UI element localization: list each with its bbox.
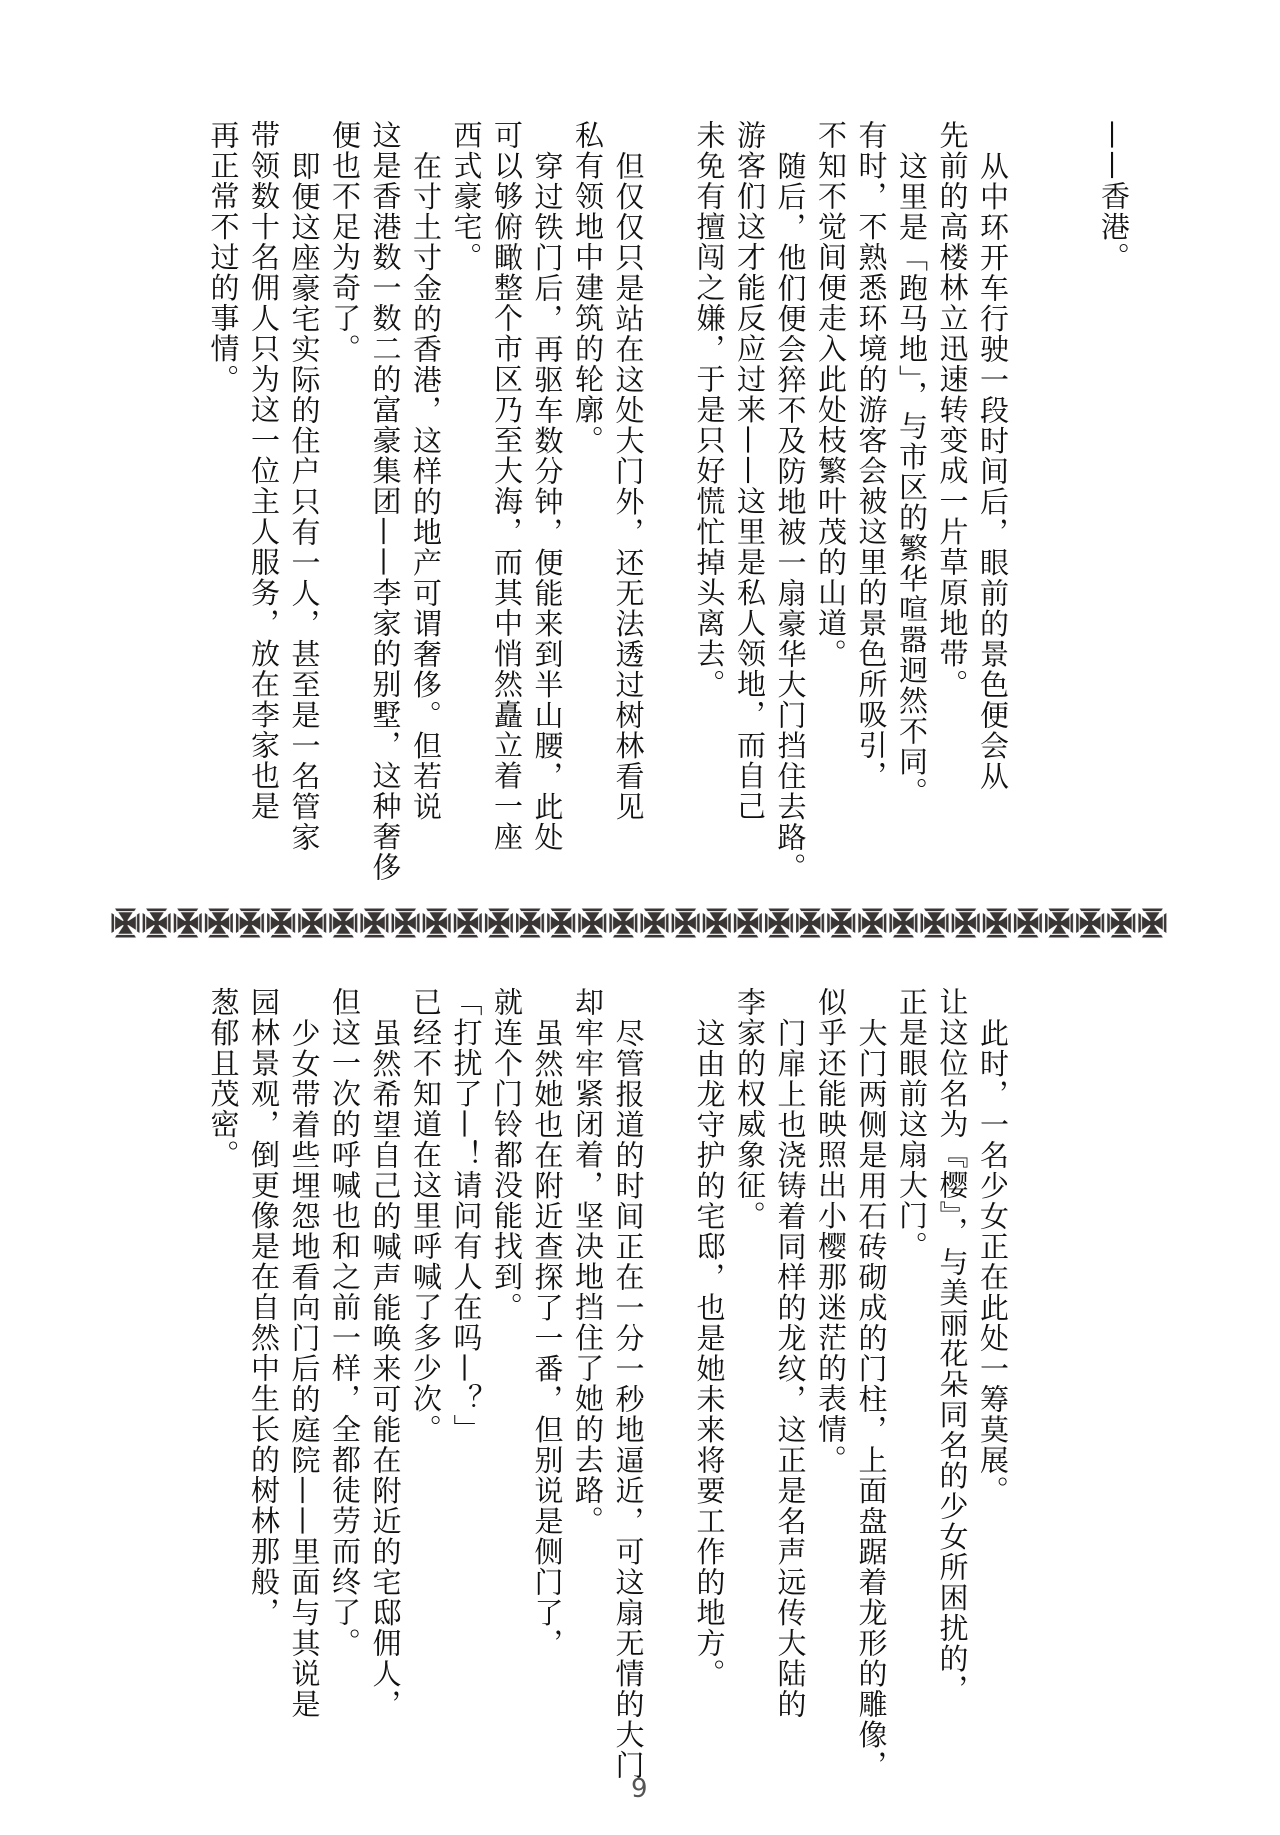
text-column: 少女带着些埋怨地看向门后的庭院——里面与其说是 xyxy=(290,1018,320,1720)
text-column: 李家的权威象征。 xyxy=(735,987,765,1231)
dialogue-column: 「打扰了—！请问有人在吗—？」 xyxy=(452,987,482,1445)
text-column: 让这位名为『樱』，与美丽花朵同名的少女所困扰的， xyxy=(938,987,968,1705)
text-column: 门扉上也浇铸着同样的龙纹，这正是名声远传大陆的 xyxy=(776,1018,806,1720)
page-number: 9 xyxy=(631,1774,648,1804)
text-column: 尽管报道的时间正在一分一秒地逼近，可这扇无情的大门 xyxy=(614,1018,644,1781)
text-column: 大门两侧是用石砖砌成的门柱，上面盘踞着龙形的雕像， xyxy=(857,1018,887,1781)
text-column: 这由龙守护的宅邸，也是她未来将要工作的地方。 xyxy=(695,1018,725,1689)
text-column: 已经不知道在这里呼喊了多少次。 xyxy=(411,987,441,1445)
text-column: 虽然她也在附近查探了一番，但别说是侧门了， xyxy=(533,1018,563,1659)
text-column: 就连个门铃都没能找到。 xyxy=(492,987,522,1323)
text-column: 虽然希望自己的喊声能唤来可能在附近的宅邸佣人， xyxy=(371,1018,401,1720)
text-column: 却牢牢紧闭着，坚决地挡住了她的去路。 xyxy=(573,987,603,1536)
text-column: 但这一次的呼喊也和之前一样，全都徒劳而终了。 xyxy=(330,987,360,1658)
text-column: 似乎还能映照出小樱那迷茫的表情。 xyxy=(816,987,846,1475)
text-column: 葱郁且茂密。 xyxy=(209,987,239,1170)
text-column: 园林景观，倒更像是在自然中生长的树林那般， xyxy=(249,987,279,1628)
text-column: 正是眼前这扇大门。 xyxy=(897,987,927,1262)
bottom-text-block: 此时，一名少女正在此处一筹莫展。 让这位名为『樱』，与美丽花朵同名的少女所困扰的… xyxy=(0,0,1280,1835)
text-column: 此时，一名少女正在此处一筹莫展。 xyxy=(978,1018,1008,1506)
